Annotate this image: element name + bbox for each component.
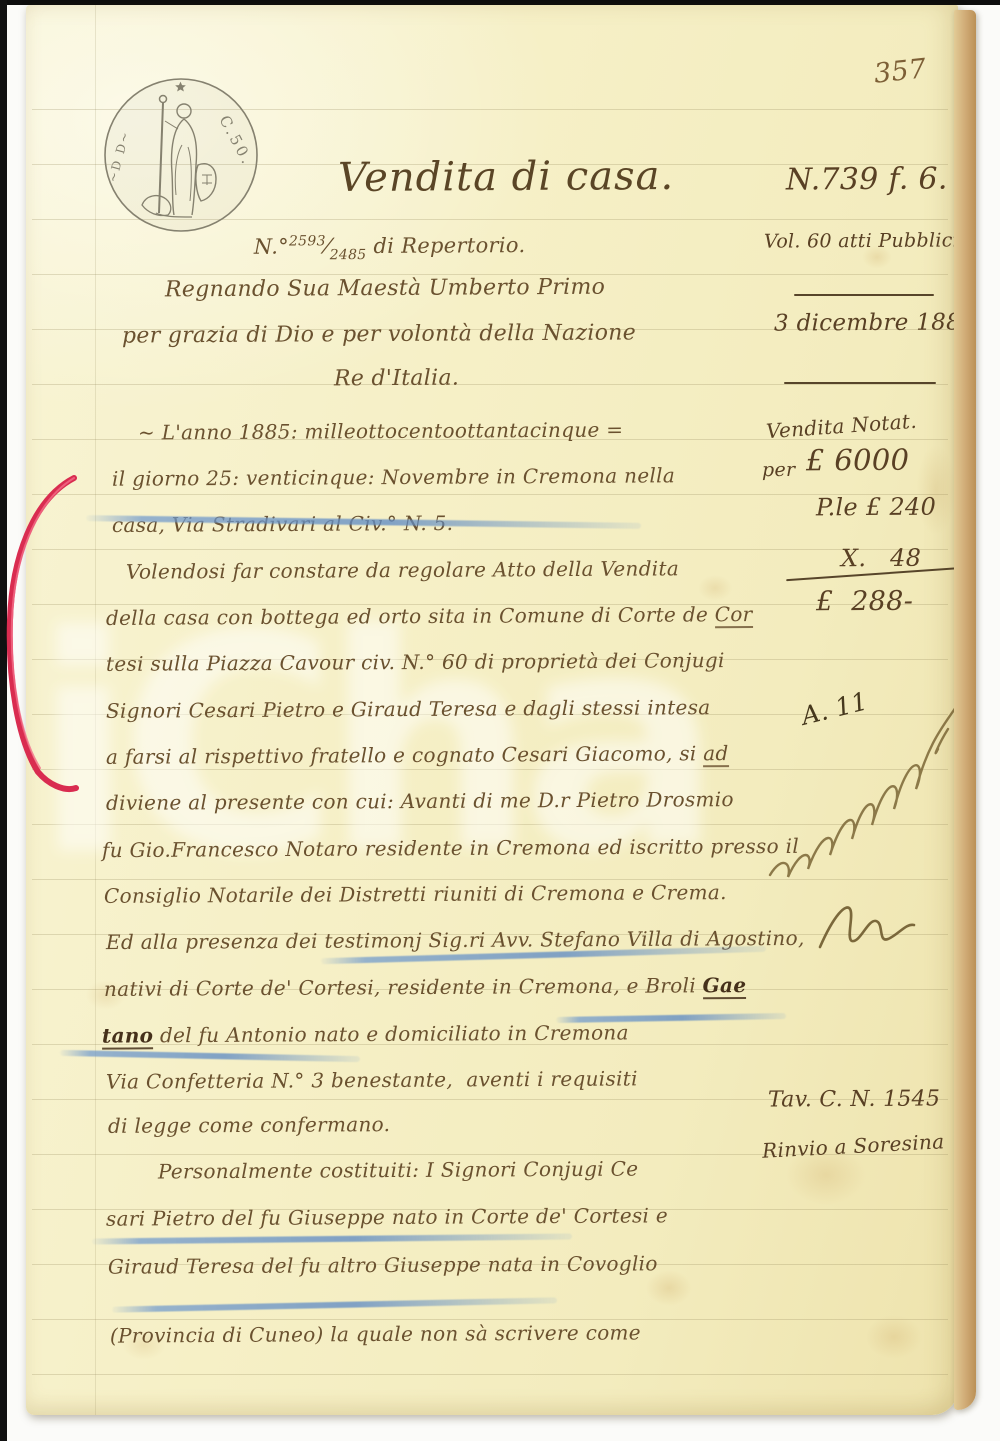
page-number: 357 [873,54,928,89]
ple-value: P.le £ 240 [816,494,936,521]
preamble-line: Regnando Sua Maestà Umberto Primo [165,276,605,303]
body-line: (Provincia di Cuneo) la quale non sà scr… [110,1321,641,1346]
body-line: sari Pietro del fu Giuseppe nato in Cort… [106,1204,668,1229]
foxing-spot [916,445,956,535]
body-line: diviene al presente con cui: Avanti di m… [106,788,734,814]
manuscript-page: iCha C.50. ~D D~ 357 Vendita di cas [26,5,958,1415]
foxing-spot [698,575,732,601]
body-line: Via Confetteria N.° 3 benestante, aventi… [106,1067,638,1092]
deed-title: Vendita di casa. [338,154,674,200]
ink-rule [784,382,936,384]
tax-value: X. 48 [841,545,921,572]
ink-rule [794,294,934,296]
preamble-line: Re d'Italia. [334,367,459,392]
book-fore-edge [954,10,976,1410]
body-line: fu Gio.Francesco Notaro residente in Cre… [102,835,799,861]
body-line: di legge come confermano. [108,1113,390,1137]
body-line: tesi sulla Piazza Cavour civ. N.° 60 di … [106,649,725,675]
scanned-notarial-deed: iCha C.50. ~D D~ 357 Vendita di cas [0,0,1000,1441]
foxing-spot [646,1270,692,1306]
per-label: per [762,460,796,481]
body-line: Consiglio Notarile dei Distretti riuniti… [104,881,727,907]
foxing-spot [866,1315,922,1359]
body-line: nativi di Corte de' Cortesi, residente i… [104,974,746,1000]
body-line: il giorno 25: venticinque: Novembre in C… [112,464,675,489]
preamble-line: per grazia di Dio e per volontà della Na… [122,321,636,348]
body-line: Signori Cesari Pietro e Giraud Teresa e … [106,696,711,722]
tav-note: Tav. C. N. 1545 [768,1087,940,1112]
total-value: £ 288- [816,587,913,617]
body-line: della casa con bottega ed orto sita in C… [106,603,753,629]
deed-number: N.739 f. 6. [786,163,948,197]
binding-thread [0,458,95,818]
body-line: Giraud Teresa del fu altro Giuseppe nata… [108,1252,658,1277]
body-line: ~ L'anno 1885: milleottocentoottantacinq… [138,419,623,444]
body-line: tano del fu Antonio nato e domiciliato i… [102,1021,629,1046]
body-line: Personalmente costituiti: I Signori Conj… [158,1158,638,1183]
margin-paraph [812,895,922,955]
deed-date: 3 dicembre 1885 [774,310,976,337]
body-line: a farsi al rispettivo fratello e cognato… [106,742,729,768]
margin-scrawl-signature [752,685,972,905]
body-line: Volendosi far constare da regolare Atto … [126,557,679,582]
price-value: £ 6000 [806,445,909,478]
volume-note: Vol. 60 atti Pubblici: [764,230,966,252]
